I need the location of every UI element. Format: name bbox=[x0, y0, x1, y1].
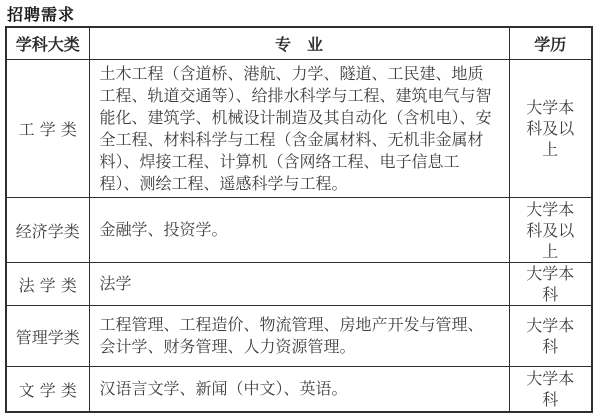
education-cell: 大学本科及以上 bbox=[509, 60, 592, 198]
header-education: 学历 bbox=[509, 27, 592, 60]
education-cell: 大学本科 bbox=[509, 367, 592, 413]
major-cell: 工程管理、工程造价、物流管理、房地产开发与管理、会计学、财务管理、人力资源管理。 bbox=[89, 306, 509, 367]
recruitment-page: 招聘需求 学科大类 专 业 学历 工 学 类 土木工程（含道桥、港航、力学、隧道… bbox=[0, 0, 597, 415]
education-cell: 大学本科 bbox=[509, 306, 592, 367]
table-row-engineering: 工 学 类 土木工程（含道桥、港航、力学、隧道、工民建、地质工程、轨道交通等）、… bbox=[6, 60, 592, 198]
table-row-literature: 文 学 类 汉语言文学、新闻（中文）、英语。 大学本科 bbox=[6, 367, 592, 413]
table-row-law: 法 学 类 法学 大学本科 bbox=[6, 263, 592, 306]
major-cell: 金融学、投资学。 bbox=[89, 198, 509, 263]
table-row-management: 管理学类 工程管理、工程造价、物流管理、房地产开发与管理、会计学、财务管理、人力… bbox=[6, 306, 592, 367]
header-major: 专 业 bbox=[89, 27, 509, 60]
education-cell: 大学本科及以上 bbox=[509, 198, 592, 263]
education-cell: 大学本科 bbox=[509, 263, 592, 306]
header-category: 学科大类 bbox=[6, 27, 89, 60]
major-cell: 土木工程（含道桥、港航、力学、隧道、工民建、地质工程、轨道交通等）、给排水科学与… bbox=[89, 60, 509, 198]
table-row-economics: 经济学类 金融学、投资学。 大学本科及以上 bbox=[6, 198, 592, 263]
recruitment-table: 学科大类 专 业 学历 工 学 类 土木工程（含道桥、港航、力学、隧道、工民建、… bbox=[5, 26, 593, 413]
major-cell: 汉语言文学、新闻（中文）、英语。 bbox=[89, 367, 509, 413]
category-cell: 工 学 类 bbox=[6, 60, 89, 198]
major-cell: 法学 bbox=[89, 263, 509, 306]
category-cell: 法 学 类 bbox=[6, 263, 89, 306]
table-header-row: 学科大类 专 业 学历 bbox=[6, 27, 592, 60]
page-title: 招聘需求 bbox=[7, 2, 75, 25]
category-cell: 经济学类 bbox=[6, 198, 89, 263]
category-cell: 文 学 类 bbox=[6, 367, 89, 413]
category-cell: 管理学类 bbox=[6, 306, 89, 367]
